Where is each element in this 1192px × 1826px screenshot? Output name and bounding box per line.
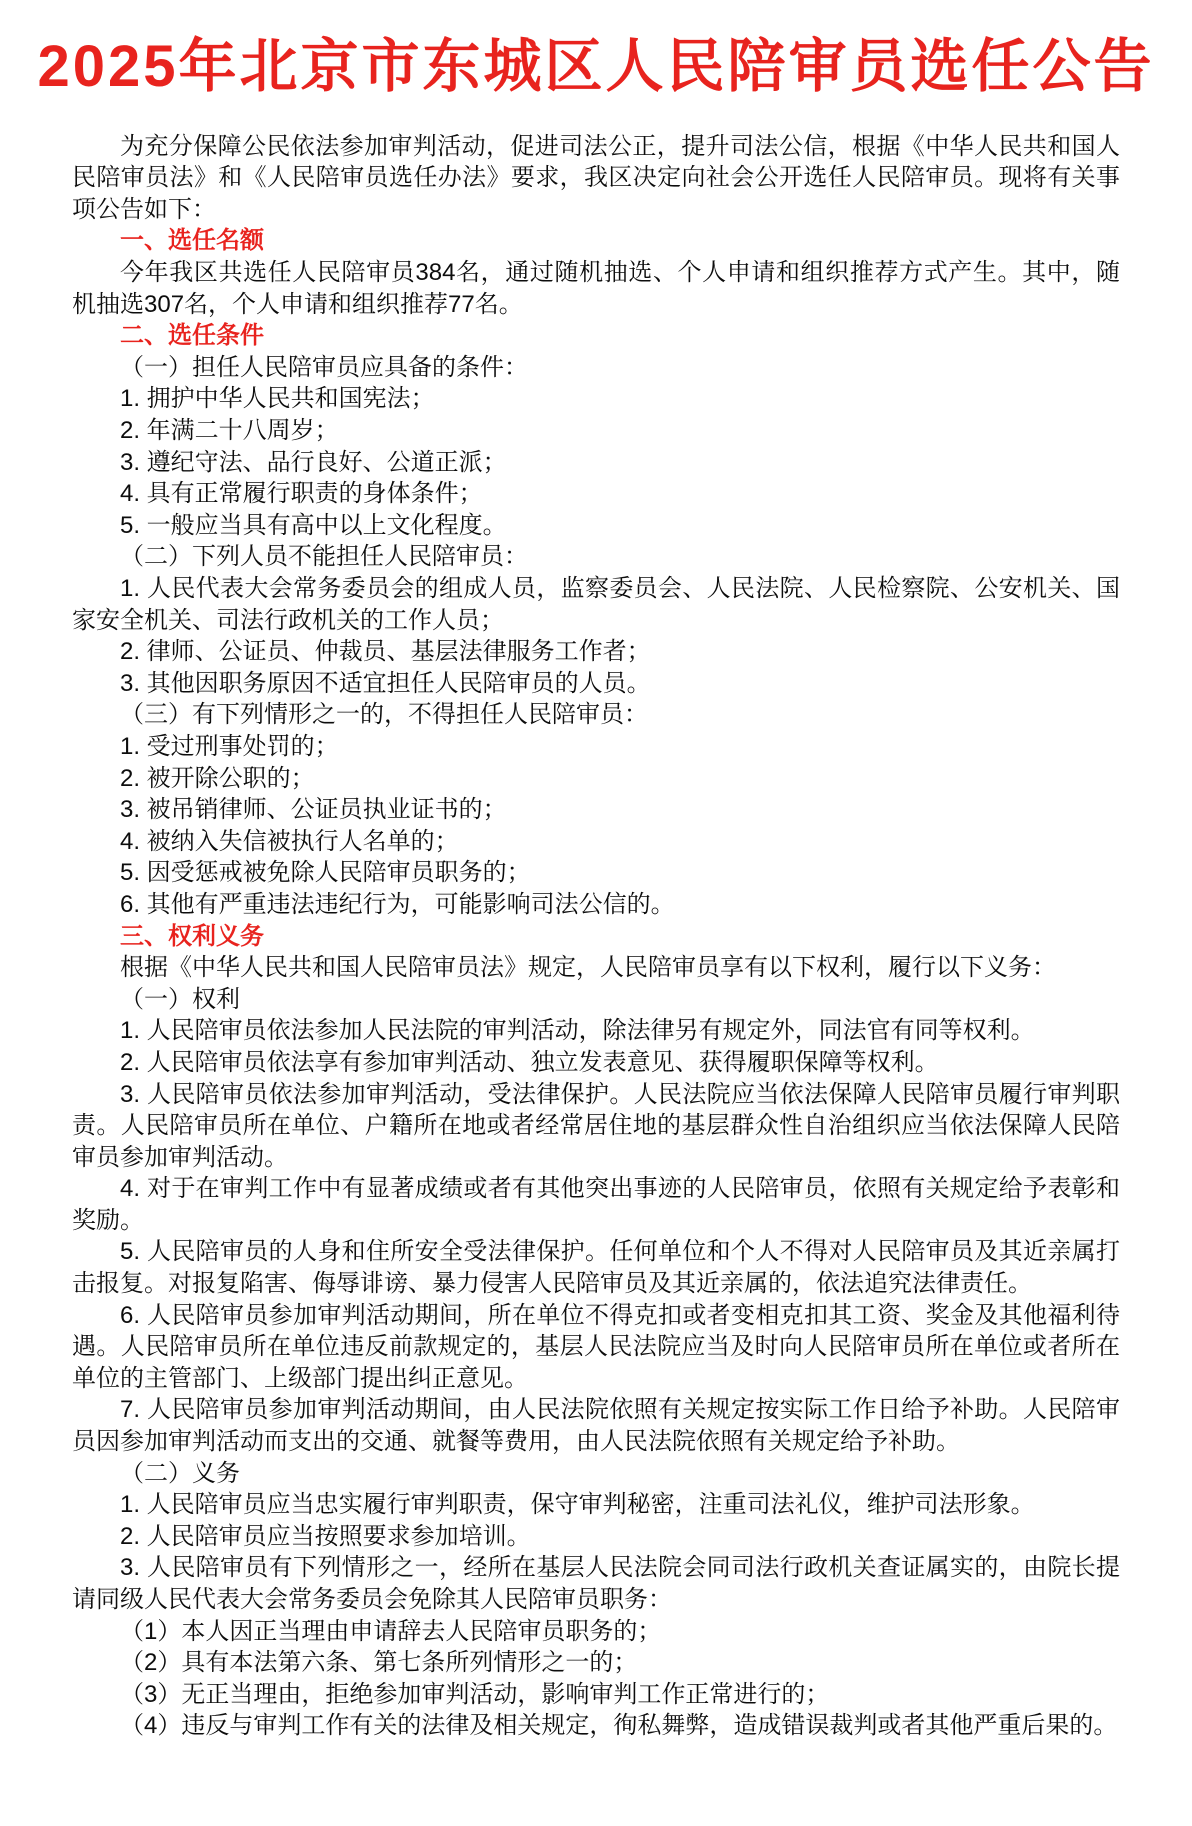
- body-paragraph: 根据《中华人民共和国人民陪审员法》规定，人民陪审员享有以下权利，履行以下义务：: [72, 952, 1120, 984]
- body-paragraph: 6. 其他有严重违法违纪行为，可能影响司法公信的。: [72, 889, 1120, 921]
- body-paragraph: 3. 人民陪审员有下列情形之一，经所在基层人民法院会同司法行政机关查证属实的，由…: [72, 1552, 1120, 1615]
- body-paragraph: 1. 拥护中华人民共和国宪法；: [72, 383, 1120, 415]
- body-paragraph: 5. 因受惩戒被免除人民陪审员职务的；: [72, 857, 1120, 889]
- body-paragraph: 3. 人民陪审员依法参加审判活动，受法律保护。人民法院应当依法保障人民陪审员履行…: [72, 1079, 1120, 1174]
- body-paragraph: 1. 人民代表大会常务委员会的组成人员，监察委员会、人民法院、人民检察院、公安机…: [72, 573, 1120, 636]
- body-paragraph: 5. 一般应当具有高中以上文化程度。: [72, 510, 1120, 542]
- body-paragraph: 2. 年满二十八周岁；: [72, 415, 1120, 447]
- body-paragraph: 1. 人民陪审员依法参加人民法院的审判活动，除法律另有规定外，同法官有同等权利。: [72, 1015, 1120, 1047]
- body-paragraph: （1）本人因正当理由申请辞去人民陪审员职务的；: [72, 1616, 1120, 1648]
- body-paragraph: 3. 其他因职务原因不适宜担任人民陪审员的人员。: [72, 668, 1120, 700]
- body-paragraph: 4. 对于在审判工作中有显著成绩或者有其他突出事迹的人民陪审员，依照有关规定给予…: [72, 1173, 1120, 1236]
- body-paragraph: 1. 受过刑事处罚的；: [72, 731, 1120, 763]
- body-paragraph: 5. 人民陪审员的人身和住所安全受法律保护。任何单位和个人不得对人民陪审员及其近…: [72, 1236, 1120, 1299]
- body-paragraph: 2. 被开除公职的；: [72, 763, 1120, 795]
- body-paragraph: （二）下列人员不能担任人民陪审员：: [72, 541, 1120, 573]
- body-paragraph: （一）权利: [72, 984, 1120, 1016]
- body-paragraph: （4）违反与审判工作有关的法律及相关规定，徇私舞弊，造成错误裁判或者其他严重后果…: [72, 1710, 1120, 1742]
- body-paragraph: （二）义务: [72, 1458, 1120, 1490]
- body-paragraph: （三）有下列情形之一的，不得担任人民陪审员：: [72, 699, 1120, 731]
- body-paragraph: 3. 被吊销律师、公证员执业证书的；: [72, 794, 1120, 826]
- body-paragraph: 4. 被纳入失信被执行人名单的；: [72, 826, 1120, 858]
- body-paragraph: 3. 遵纪守法、品行良好、公道正派；: [72, 447, 1120, 479]
- announcement-page: 2025年北京市东城区人民陪审员选任公告 为充分保障公民依法参加审判活动，促进司…: [0, 0, 1192, 1826]
- section-heading: 一、选任名额: [72, 225, 1120, 257]
- section-heading: 三、权利义务: [72, 921, 1120, 953]
- body-paragraph: 1. 人民陪审员应当忠实履行审判职责，保守审判秘密，注重司法礼仪，维护司法形象。: [72, 1489, 1120, 1521]
- body-paragraph: 2. 人民陪审员依法享有参加审判活动、独立发表意见、获得履职保障等权利。: [72, 1047, 1120, 1079]
- body-paragraph: 4. 具有正常履行职责的身体条件；: [72, 478, 1120, 510]
- body-paragraph: 6. 人民陪审员参加审判活动期间，所在单位不得克扣或者变相克扣其工资、奖金及其他…: [72, 1300, 1120, 1395]
- body-paragraph: 2. 律师、公证员、仲裁员、基层法律服务工作者；: [72, 636, 1120, 668]
- body-paragraph: （一）担任人民陪审员应具备的条件：: [72, 352, 1120, 384]
- page-title: 2025年北京市东城区人民陪审员选任公告: [0, 0, 1192, 101]
- body-paragraph: 今年我区共选任人民陪审员384名，通过随机抽选、个人申请和组织推荐方式产生。其中…: [72, 257, 1120, 320]
- body-paragraph: （2）具有本法第六条、第七条所列情形之一的；: [72, 1647, 1120, 1679]
- section-heading: 二、选任条件: [72, 320, 1120, 352]
- body-paragraph: 2. 人民陪审员应当按照要求参加培训。: [72, 1521, 1120, 1553]
- body-paragraph: 为充分保障公民依法参加审判活动，促进司法公正，提升司法公信，根据《中华人民共和国…: [72, 131, 1120, 226]
- body-paragraph: 7. 人民陪审员参加审判活动期间，由人民法院依照有关规定按实际工作日给予补助。人…: [72, 1394, 1120, 1457]
- document-body: 为充分保障公民依法参加审判活动，促进司法公正，提升司法公信，根据《中华人民共和国…: [72, 131, 1120, 1742]
- body-paragraph: （3）无正当理由，拒绝参加审判活动，影响审判工作正常进行的；: [72, 1679, 1120, 1711]
